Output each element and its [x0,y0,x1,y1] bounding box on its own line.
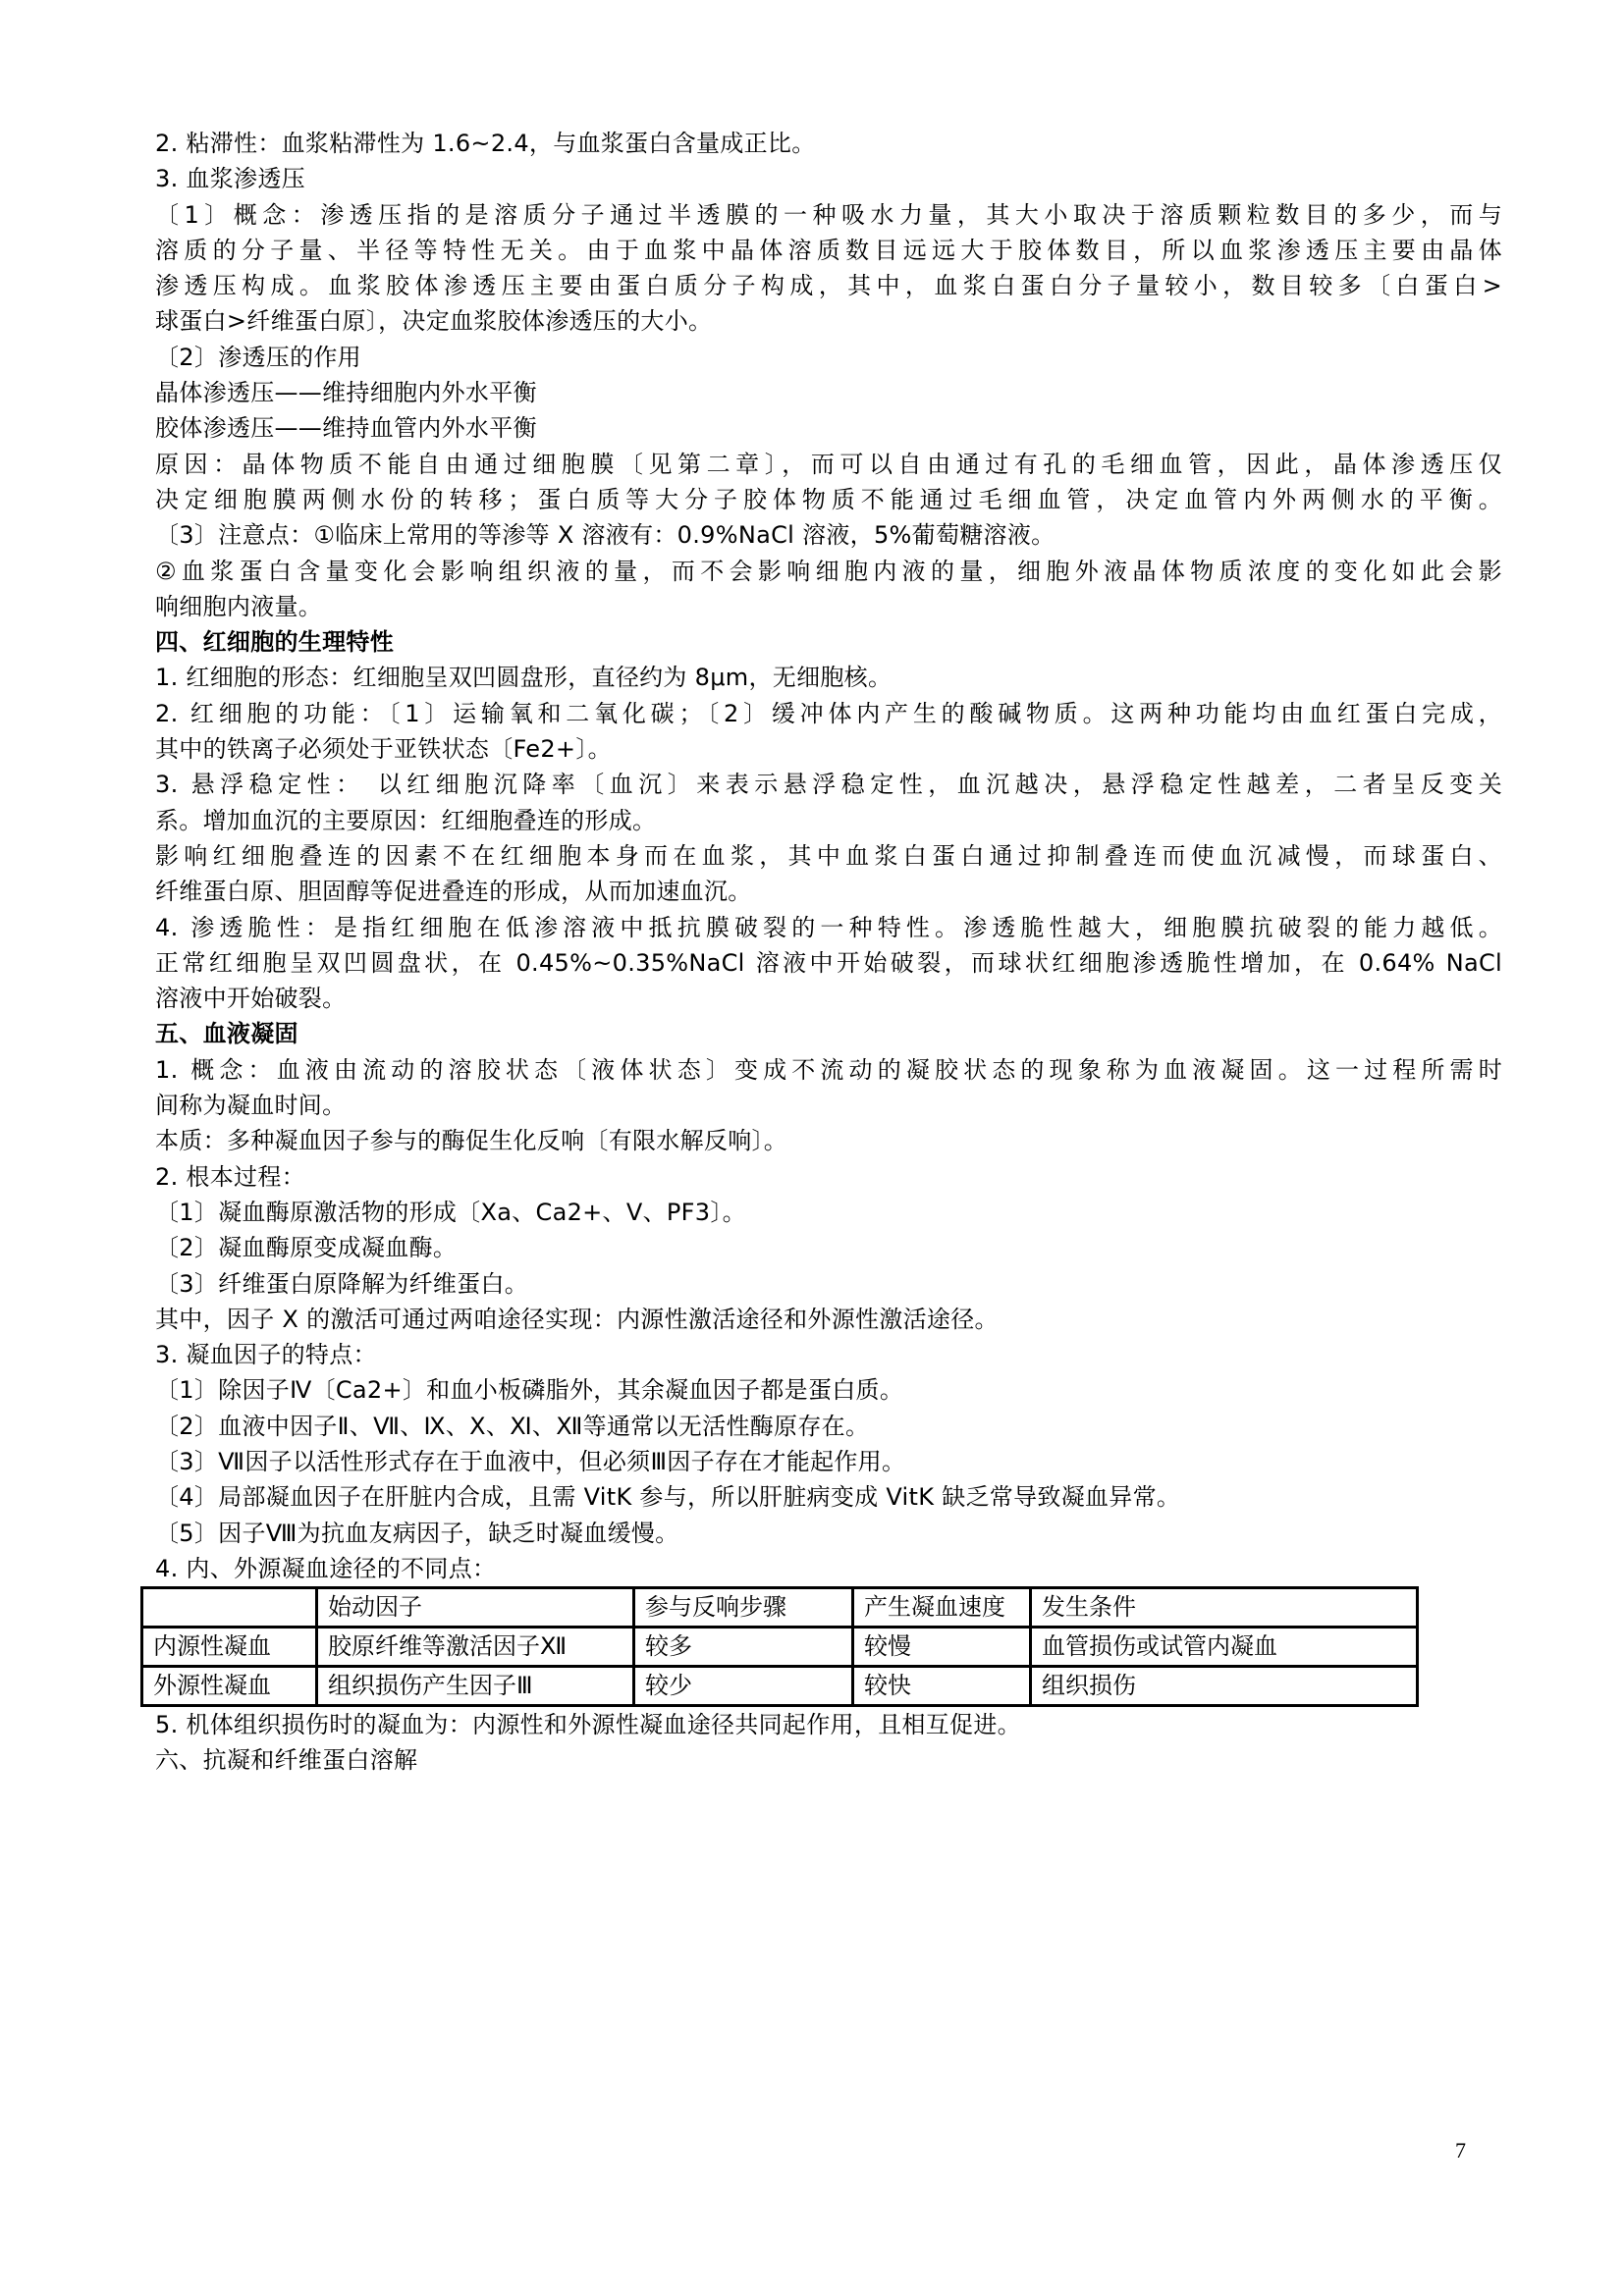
table-cell: 较快 [853,1667,1031,1706]
text-line: 〔1〕凝血酶原激活物的形成〔Xa、Ca2+、V、PF3〕。 [155,1195,1502,1230]
text-line: 4. 内、外源凝血途径的不同点： [155,1551,1502,1586]
text-line: 胶体渗透压——维持血管内外水平衡 [155,410,1502,446]
table-cell: 外源性凝血 [142,1667,317,1706]
table-cell: 较少 [634,1667,853,1706]
text-line: 3. 凝血因子的特点： [155,1337,1502,1372]
text-line: 响细胞内液量。 [155,589,1502,624]
text-line: 〔2〕渗透压的作用 [155,340,1502,375]
text-line: 2. 粘滞性：血浆粘滞性为 1.6~2.4，与血浆蛋白含量成正比。 [155,126,1502,161]
table-cell: 较慢 [853,1628,1031,1667]
table-cell: 较多 [634,1628,853,1667]
table-cell: 血管损伤或试管内凝血 [1031,1628,1418,1667]
text-line: 〔2〕血液中因子Ⅱ、Ⅶ、Ⅸ、Ⅹ、Ⅺ、Ⅻ等通常以无活性酶原存在。 [155,1409,1502,1444]
table-cell: 胶原纤维等激活因子Ⅻ [317,1628,634,1667]
text-line: 影响红细胞叠连的因素不在红细胞本身而在血浆，其中血浆白蛋白通过抑制叠连而使血沉减… [155,838,1502,874]
table-header-row: 始动因子 参与反响步骤 产生凝血速度 发生条件 [142,1588,1418,1628]
table-header-cell [142,1588,317,1628]
text-line: ②血浆蛋白含量变化会影响组织液的量，而不会影响细胞内液的量，细胞外液晶体物质浓度… [155,554,1502,589]
text-line: 晶体渗透压——维持细胞内外水平衡 [155,375,1502,410]
text-line: 间称为凝血时间。 [155,1088,1502,1123]
text-line: 〔3〕注意点：①临床上常用的等渗等 X 溶液有：0.9%NaCl 溶液，5%葡萄… [155,517,1502,553]
text-line: 4. 渗透脆性：是指红细胞在低渗溶液中抵抗膜破裂的一种特性。渗透脆性越大，细胞膜… [155,910,1502,945]
text-line: 本质：多种凝血因子参与的酶促生化反响〔有限水解反响〕。 [155,1123,1502,1158]
text-line: 〔3〕Ⅶ因子以活性形式存在于血液中，但必须Ⅲ因子存在才能起作用。 [155,1444,1502,1479]
text-line: 〔3〕纤维蛋白原降解为纤维蛋白。 [155,1266,1502,1302]
text-line: 球蛋白>纤维蛋白原〕，决定血浆胶体渗透压的大小。 [155,303,1502,339]
text-line: 3. 血浆渗透压 [155,161,1502,196]
text-line: 溶液中开始破裂。 [155,981,1502,1016]
table-cell: 组织损伤 [1031,1667,1418,1706]
document-page: 2. 粘滞性：血浆粘滞性为 1.6~2.4，与血浆蛋白含量成正比。3. 血浆渗透… [155,126,1502,1779]
text-line: 〔2〕凝血酶原变成凝血酶。 [155,1230,1502,1265]
text-line: 1. 红细胞的形态：红细胞呈双凹圆盘形，直径约为 8μm，无细胞核。 [155,660,1502,695]
text-line: 〔5〕因子Ⅷ为抗血友病因子，缺乏时凝血缓慢。 [155,1516,1502,1551]
text-line: 其中的铁离子必须处于亚铁状态〔Fe2+〕。 [155,731,1502,767]
text-line: 渗透压构成。血浆胶体渗透压主要由蛋白质分子构成，其中，血浆白蛋白分子量较小，数目… [155,268,1502,303]
coagulation-pathway-table: 始动因子 参与反响步骤 产生凝血速度 发生条件 内源性凝血 胶原纤维等激活因子Ⅻ… [140,1586,1419,1707]
table-header-cell: 始动因子 [317,1588,634,1628]
text-line: 纤维蛋白原、胆固醇等促进叠连的形成，从而加速血沉。 [155,874,1502,909]
table-header-cell: 产生凝血速度 [853,1588,1031,1628]
section-heading: 五、血液凝固 [155,1016,1502,1051]
body-text: 2. 粘滞性：血浆粘滞性为 1.6~2.4，与血浆蛋白含量成正比。3. 血浆渗透… [155,126,1502,1586]
table-header-cell: 参与反响步骤 [634,1588,853,1628]
text-line: 2. 根本过程： [155,1159,1502,1195]
text-line: 5. 机体组织损伤时的凝血为：内源性和外源性凝血途径共同起作用，且相互促进。 [155,1707,1502,1742]
section-heading: 四、红细胞的生理特性 [155,624,1502,660]
text-line: 六、抗凝和纤维蛋白溶解 [155,1742,1502,1778]
table-row: 外源性凝血 组织损伤产生因子Ⅲ 较少 较快 组织损伤 [142,1667,1418,1706]
text-line: 溶质的分子量、半径等特性无关。由于血浆中晶体溶质数目远远大于胶体数目，所以血浆渗… [155,233,1502,268]
text-line: 1. 概念：血液由流动的溶胶状态〔液体状态〕变成不流动的凝胶状态的现象称为血液凝… [155,1052,1502,1088]
text-line: 3. 悬浮稳定性： 以红细胞沉降率〔血沉〕来表示悬浮稳定性，血沉越决，悬浮稳定性… [155,767,1502,802]
body-text-after-table: 5. 机体组织损伤时的凝血为：内源性和外源性凝血途径共同起作用，且相互促进。六、… [155,1707,1502,1779]
text-line: 其中，因子 X 的激活可通过两咱途径实现：内源性激活途径和外源性激活途径。 [155,1302,1502,1337]
table-cell: 内源性凝血 [142,1628,317,1667]
text-line: 正常红细胞呈双凹圆盘状，在 0.45%~0.35%NaCl 溶液中开始破裂，而球… [155,945,1502,981]
table-cell: 组织损伤产生因子Ⅲ [317,1667,634,1706]
page-number: 7 [1455,2138,1466,2163]
text-line: 〔1〕除因子Ⅳ〔Ca2+〕和血小板磷脂外，其余凝血因子都是蛋白质。 [155,1372,1502,1408]
table-header-cell: 发生条件 [1031,1588,1418,1628]
text-line: 决定细胞膜两侧水份的转移；蛋白质等大分子胶体物质不能通过毛细血管，决定血管内外两… [155,482,1502,517]
text-line: 2. 红细胞的功能：〔1〕运输氧和二氧化碳；〔2〕缓冲体内产生的酸碱物质。这两种… [155,696,1502,731]
text-line: 〔4〕局部凝血因子在肝脏内合成，且需 VitK 参与，所以肝脏病变成 VitK … [155,1479,1502,1515]
text-line: 〔1〕概念：渗透压指的是溶质分子通过半透膜的一种吸水力量，其大小取决于溶质颗粒数… [155,197,1502,233]
table-row: 内源性凝血 胶原纤维等激活因子Ⅻ 较多 较慢 血管损伤或试管内凝血 [142,1628,1418,1667]
text-line: 原因：晶体物质不能自由通过细胞膜〔见第二章〕，而可以自由通过有孔的毛细血管，因此… [155,447,1502,482]
text-line: 系。增加血沉的主要原因：红细胞叠连的形成。 [155,803,1502,838]
